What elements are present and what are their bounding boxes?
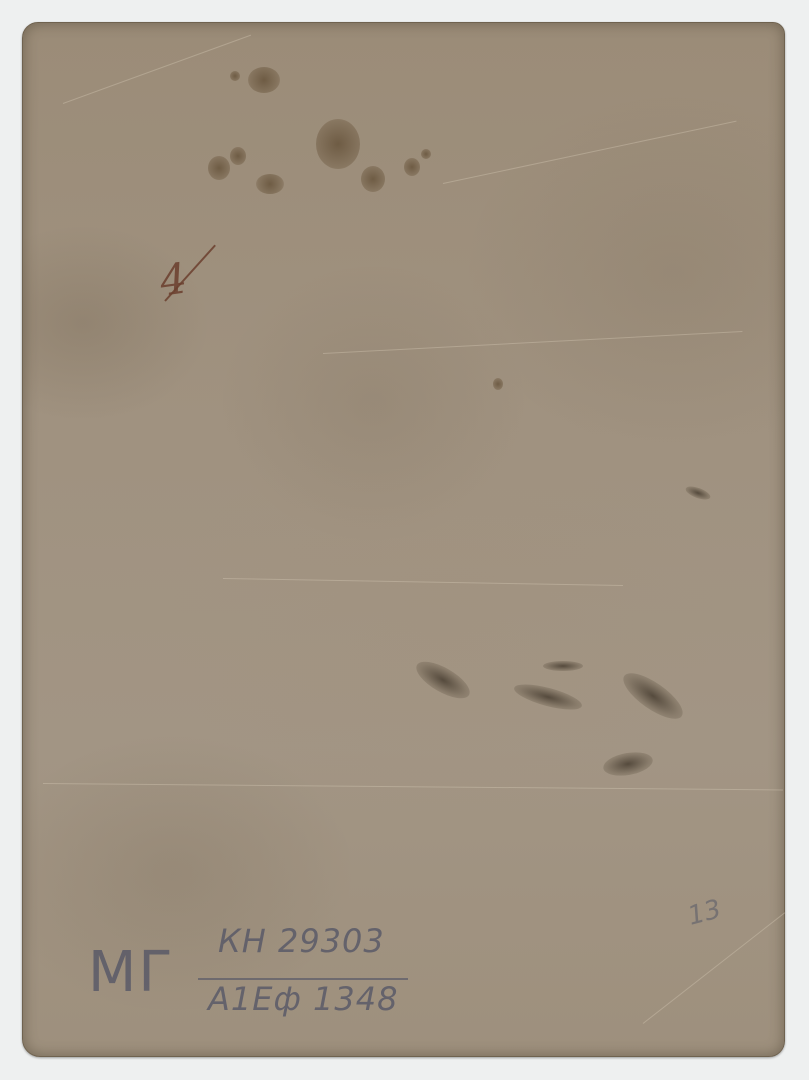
stain (256, 174, 284, 194)
stain (230, 147, 246, 165)
stain (208, 156, 230, 180)
stain (248, 67, 280, 93)
stain (230, 71, 240, 81)
smudge (512, 679, 584, 715)
crease (63, 35, 251, 104)
crease (43, 783, 783, 790)
smudge (684, 484, 712, 502)
stain (404, 158, 420, 176)
smudge (601, 749, 654, 779)
stain (493, 378, 503, 390)
paper-page (22, 22, 785, 1057)
stain (421, 149, 431, 159)
crease (323, 331, 742, 354)
archive-line-1: КН 29303 (218, 922, 385, 960)
crease (443, 121, 737, 184)
smudge (543, 661, 583, 671)
smudge (617, 665, 689, 726)
stain (361, 166, 385, 192)
archive-stamp: МГ КН 29303 А1Еф 1348 (88, 920, 418, 1030)
smudge (411, 655, 475, 706)
stain (316, 119, 360, 169)
crease (643, 912, 785, 1024)
archive-prefix: МГ (88, 940, 174, 1005)
archive-line-2: А1Еф 1348 (208, 980, 398, 1018)
crease (223, 578, 623, 586)
